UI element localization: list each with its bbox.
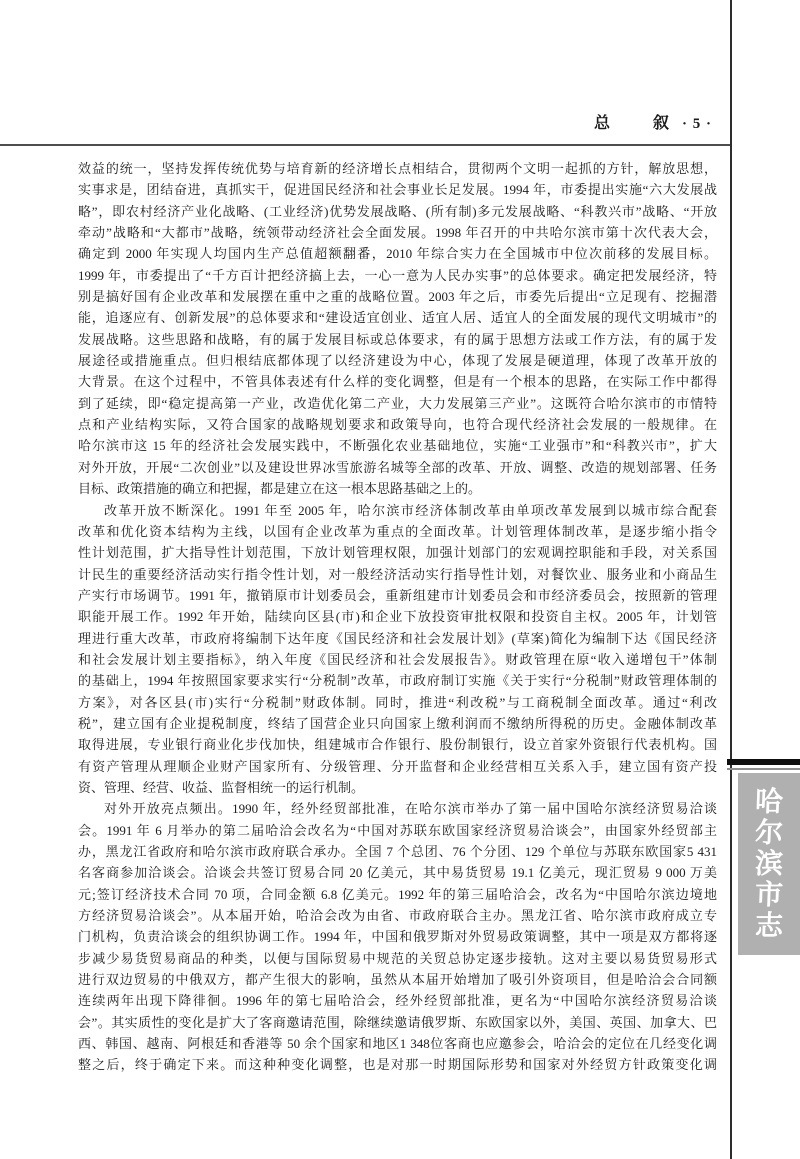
body-text-line: 点和产业结构实际，又符合国家的战略规划要求和政策导向，也符合现代经济社会发展的一…: [78, 414, 717, 435]
body-text-line: 1999 年，市委提出了“千方百计把经济搞上去，一心一意为人民办实事”的总体要求…: [78, 265, 717, 286]
body-text-line: 展途径或措施重点。但归根结底都体现了以经济建设为中心，体现了发展是硬道理，体现了…: [78, 350, 717, 371]
body-text-line: 连续两年出现下降徘徊。1996 年的第七届哈洽会，经外经贸部批准，更名为“中国哈…: [78, 990, 717, 1011]
body-text-line: 会。1991 年 6 月举办的第二届哈洽会改名为“中国对苏联东欧国家经济贸易洽谈…: [78, 820, 717, 841]
section-title-char: 总: [594, 115, 611, 132]
body-text-line: 发展战略。这些思路和战略，有的属于发展目标或总体要求，有的属于思想方法或工作方法…: [78, 329, 717, 350]
body-text-line: 西、韩国、越南、阿根廷和香港等 50 余个国家和地区1 348位客商也应邀参会，…: [78, 1033, 717, 1054]
body-text-line: 到了延续，即“稳定提高第一产业，改造优化第二产业，大力发展第三产业”。这既符合哈…: [78, 393, 717, 414]
page-header: 总叙· 5 ·: [594, 110, 712, 133]
body-text-line: 实事求是，团结奋进，真抓实干，促进国民经济和社会事业长足发展。1994 年，市委…: [78, 179, 717, 200]
body-text-line: 目标、政策措施的确立和把握，都是建立在这一根本思路基础之上的。: [78, 478, 717, 499]
body-text-line: 对外开放，开展“二次创业”以及建设世界冰雪旅游名城等全部的改革、开放、调整、改造…: [78, 457, 717, 478]
body-text-line: 元;签订经济技术合同 70 项，合同金额 6.8 亿美元。1992 年的第三届哈…: [78, 884, 717, 905]
body-text-line: 方案》，对各区县(市)实行“分税制”财政体制。同时，推进“利改税”与工商税制全面…: [78, 692, 717, 713]
section-title-char: 叙: [653, 115, 670, 132]
spine-title-character: 哈: [754, 787, 783, 818]
body-text-line: 和社会发展计划主要指标》，纳入年度《国民经济和社会发展报告》。财政管理在原“收入…: [78, 649, 717, 670]
body-text-line: 略”，即农村经济产业化战略、(工业经济)优势发展战略、(所有制)多元发展战略、“…: [78, 201, 717, 222]
body-text-line: 名客商参加洽谈会。洽谈会共签订贸易合同 20 亿美元，其中易货贸易 19.1 亿…: [78, 862, 717, 883]
page-number: · 5 ·: [682, 116, 712, 132]
spine-tab-thin-rule: [727, 768, 800, 770]
body-text-line: 税”，建立国有企业提税制度，终结了国营企业只向国家上缴利润而不缴纳所得税的历史。…: [78, 713, 717, 734]
body-text-line: 性计划范围，扩大指导性计划范围，下放计划管理权限，加强计划部门的宏观调控职能和手…: [78, 542, 717, 563]
body-text-line: 产实行市场调节。1991 年，撤销原市计划委员会，重新组建市计划委员会和市经济委…: [78, 585, 717, 606]
spine-title-character: 滨: [754, 849, 783, 880]
body-text-line: 有资产管理从理顺企业财产国家所有、分级管理、分开监督和企业经营相互关系入手，建立…: [78, 756, 717, 777]
book-page: 总叙· 5 · 效益的统一，坚持发挥传统优势与培育新的经济增长点相结合，贯彻两个…: [0, 0, 800, 1159]
spine-title-character: 志: [754, 911, 783, 942]
right-margin-rule: [730, 0, 732, 1159]
body-text-line: 取得进展，专业银行商业化步伐加快，组建城市合作银行、股份制银行，设立首家外资银行…: [78, 734, 717, 755]
body-text-line: 办，黑龙江省政府和哈尔滨市政府联合承办。全国 7 个总团、76 个分团、129 …: [78, 841, 717, 862]
body-text-line: 能，追逐应有、创新发展”的总体要求和“建设适宜创业、适宜人居、适宜人的全面发展的…: [78, 307, 717, 328]
body-text: 效益的统一，坚持发挥传统优势与培育新的经济增长点相结合，贯彻两个文明一起抓的方针…: [78, 158, 717, 1076]
body-text-line: 牵动”战略和“大都市”战略，统领带动经济社会全面发展。1998 年召开的中共哈尔…: [78, 222, 717, 243]
body-text-line: 职能开展工作。1992 年开始，陆续向区县(市)和企业下放投资审批权限和投资自主…: [78, 606, 717, 627]
body-text-line: 门机构，负责洽谈会的组织协调工作。1994 年，中国和俄罗斯对外贸易政策调整，其…: [78, 926, 717, 947]
spine-tab-top-bar: [727, 759, 800, 765]
body-text-line: 效益的统一，坚持发挥传统优势与培育新的经济增长点相结合，贯彻两个文明一起抓的方针…: [78, 158, 717, 179]
body-text-line: 确定到 2000 年实现人均国内生产总值超额翻番，2010 年综合实力在全国城市…: [78, 243, 717, 264]
body-text-line: 整之后，终于确定下来。而这种种变化调整，也是对那一时期国际形势和国家对外经贸方针…: [78, 1054, 717, 1075]
body-text-line: 大背景。在这个过程中，不管具体表述有什么样的变化调整，但是有一个根本的思路，在实…: [78, 371, 717, 392]
body-text-line: 的基础上，1994 年按照国家要求实行“分税制”改革，市政府制订实施《关于实行“…: [78, 670, 717, 691]
body-text-line: 会”。其实质性的变化是扩大了客商邀请范围，除继续邀请俄罗斯、东欧国家以外，美国、…: [78, 1012, 717, 1033]
body-text-line: 改革和优化资本结构为主线，以国有企业改革为重点的全面改革。计划管理体制改革，是逐…: [78, 521, 717, 542]
body-text-line: 步减少易货贸易商品的种类，以便与国际贸易中规范的关贸总协定逐步接轨。这对主要以易…: [78, 948, 717, 969]
body-text-line: 理进行重大改革，市政府将编制下达年度《国民经济和社会发展计划》(草案)简化为编制…: [78, 628, 717, 649]
body-text-line: 别是搞好国有企业改革和发展摆在重中之重的战略位置。2003 年之后，市委先后提出…: [78, 286, 717, 307]
spine-title-character: 尔: [754, 818, 783, 849]
body-text-line: 资、管理、经营、收益、监督相统一的运行机制。: [78, 777, 717, 798]
body-text-line: 方经济贸易洽谈会”。从本届开始，哈洽会改为由省、市政府联合主办。黑龙江省、哈尔滨…: [78, 905, 717, 926]
body-text-line: 对外开放亮点频出。1990 年，经外经贸部批准，在哈尔滨市举办了第一届中国哈尔滨…: [78, 798, 717, 819]
body-text-line: 哈尔滨市这 15 年的经济社会发展实践中，不断强化农业基础地位，实施“工业强市”…: [78, 435, 717, 456]
spine-title-character: 市: [754, 880, 783, 911]
body-text-line: 改革开放不断深化。1991 年至 2005 年，哈尔滨市经济体制改革由单项改革发…: [78, 500, 717, 521]
body-text-line: 进行双边贸易的中俄双方，都产生很大的影响，虽然从本届开始增加了吸引外资项目，但是…: [78, 969, 717, 990]
header-rule: [0, 144, 731, 146]
body-text-line: 计民生的重要经济活动实行指令性计划，对一般经济活动实行指导性计划，对餐饮业、服务…: [78, 564, 717, 585]
spine-tab: 哈尔滨市志: [738, 773, 800, 955]
